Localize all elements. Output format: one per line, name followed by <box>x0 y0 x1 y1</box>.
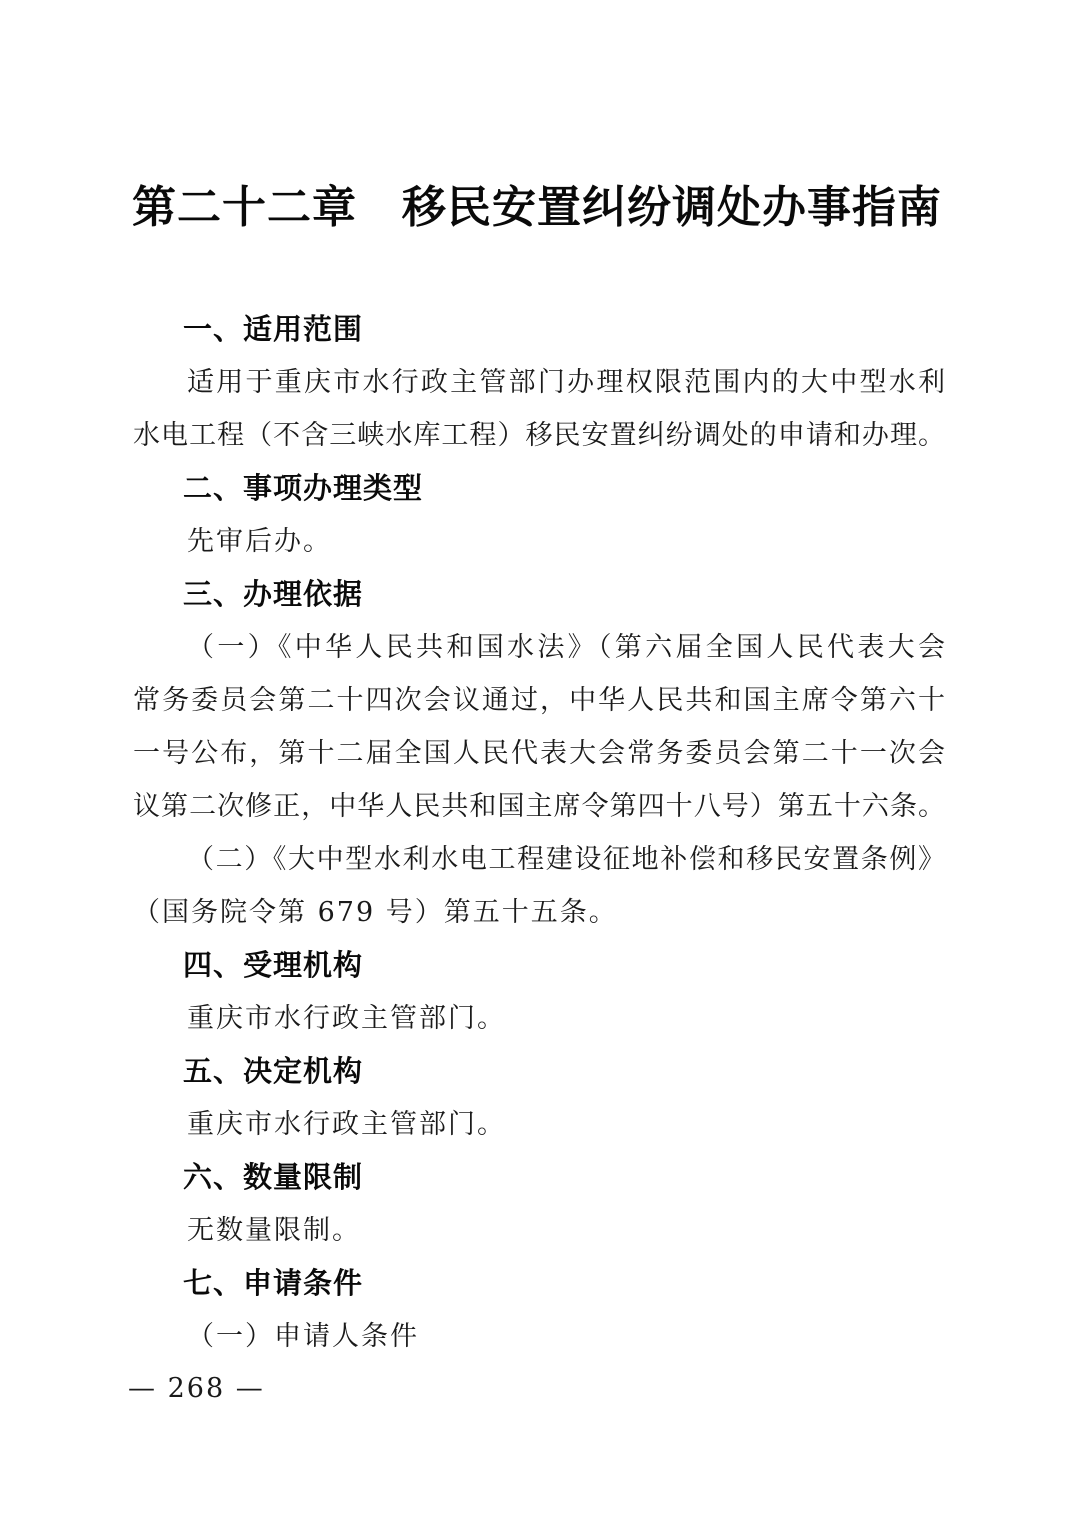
page-number: — 268 — <box>128 1362 265 1415</box>
paragraph-line: 适用于重庆市水行政主管部门办理权限范围内的大中型水利 <box>133 356 945 409</box>
paragraph-line: 先审后办。 <box>133 515 945 568</box>
paragraph-line: 一号公布，第十二届全国人民代表大会常务委员会第二十一次会 <box>133 727 945 780</box>
document-body: 一、适用范围 适用于重庆市水行政主管部门办理权限范围内的大中型水利 水电工程（不… <box>0 303 1074 1363</box>
section-legal-basis: 三、办理依据 （一）《中华人民共和国水法》（第六届全国人民代表大会 常务委员会第… <box>133 568 945 939</box>
paragraph-line: 重庆市水行政主管部门。 <box>133 992 945 1045</box>
section-heading: 二、事项办理类型 <box>133 462 945 515</box>
section-deciding-agency: 五、决定机构 重庆市水行政主管部门。 <box>133 1045 945 1151</box>
section-accepting-agency: 四、受理机构 重庆市水行政主管部门。 <box>133 939 945 1045</box>
section-quantity-limit: 六、数量限制 无数量限制。 <box>133 1151 945 1257</box>
paragraph-line: （一）申请人条件 <box>133 1310 945 1363</box>
section-heading: 四、受理机构 <box>133 939 945 992</box>
section-applicable-scope: 一、适用范围 适用于重庆市水行政主管部门办理权限范围内的大中型水利 水电工程（不… <box>133 303 945 462</box>
section-heading: 七、申请条件 <box>133 1257 945 1310</box>
paragraph-line: （二）《大中型水利水电工程建设征地补偿和移民安置条例》 <box>133 833 945 886</box>
paragraph-line: （国务院令第 679 号）第五十五条。 <box>133 886 945 939</box>
paragraph-line: 常务委员会第二十四次会议通过，中华人民共和国主席令第六十 <box>133 674 945 727</box>
section-heading: 五、决定机构 <box>133 1045 945 1098</box>
page-title: 第二十二章 移民安置纠纷调处办事指南 <box>0 175 1074 241</box>
paragraph-line: （一）《中华人民共和国水法》（第六届全国人民代表大会 <box>133 621 945 674</box>
document-page: 第二十二章 移民安置纠纷调处办事指南 一、适用范围 适用于重庆市水行政主管部门办… <box>0 0 1074 1520</box>
paragraph-line: 议第二次修正，中华人民共和国主席令第四十八号）第五十六条。 <box>133 780 945 833</box>
section-application-conditions: 七、申请条件 （一）申请人条件 <box>133 1257 945 1363</box>
section-heading: 六、数量限制 <box>133 1151 945 1204</box>
section-heading: 一、适用范围 <box>133 303 945 356</box>
paragraph-line: 重庆市水行政主管部门。 <box>133 1098 945 1151</box>
section-heading: 三、办理依据 <box>133 568 945 621</box>
section-handling-type: 二、事项办理类型 先审后办。 <box>133 462 945 568</box>
paragraph-line: 水电工程（不含三峡水库工程）移民安置纠纷调处的申请和办理。 <box>133 409 945 462</box>
paragraph-line: 无数量限制。 <box>133 1204 945 1257</box>
